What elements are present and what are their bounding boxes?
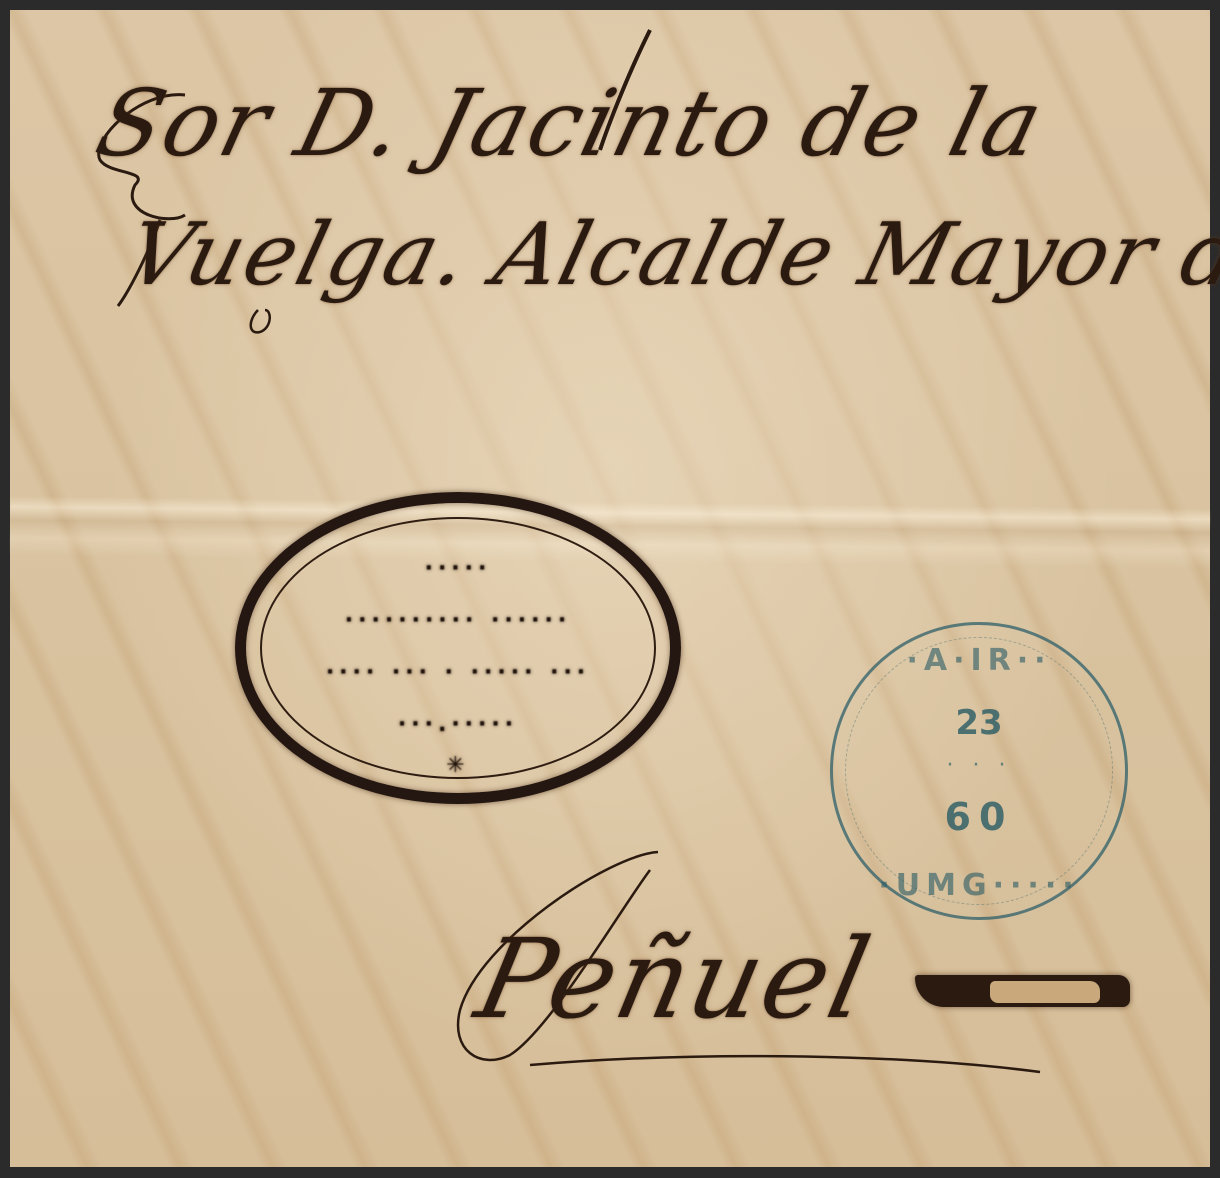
destination-place: Peñuel: [466, 915, 881, 1043]
star-ornament-icon: ✳: [246, 751, 670, 781]
handstamp-line-4: ···.·····: [246, 699, 670, 751]
address-line-2: Vuelga. Alcalde Mayor del: [118, 205, 1220, 305]
postal-cover: Sor D. Jacinto de la Vuelga. Alcalde May…: [10, 10, 1210, 1167]
address-line-1: Sor D. Jacinto de la: [87, 70, 1055, 177]
oval-handstamp-text: ····· ·········· ······ ···· ··· · ·····…: [246, 543, 670, 781]
handstamp-line-3: ···· ··· · ····· ···: [246, 647, 670, 699]
datestamp-year: 60: [833, 795, 1125, 839]
circular-datestamp: ·A·IR·· 23 · · · 60 ·UMG·····: [830, 622, 1128, 920]
paper-damage: [990, 981, 1100, 1003]
ink-blot: [915, 975, 1130, 1007]
datestamp-day: 23: [833, 703, 1125, 743]
handstamp-line-2: ·········· ······: [246, 595, 670, 647]
datestamp-bottom-text: ·UMG·····: [833, 868, 1125, 903]
oval-handstamp: ····· ·········· ······ ···· ··· · ·····…: [235, 492, 681, 804]
datestamp-month: · · ·: [833, 753, 1125, 778]
datestamp-top-text: ·A·IR··: [833, 643, 1125, 678]
handstamp-line-1: ·····: [246, 543, 670, 595]
